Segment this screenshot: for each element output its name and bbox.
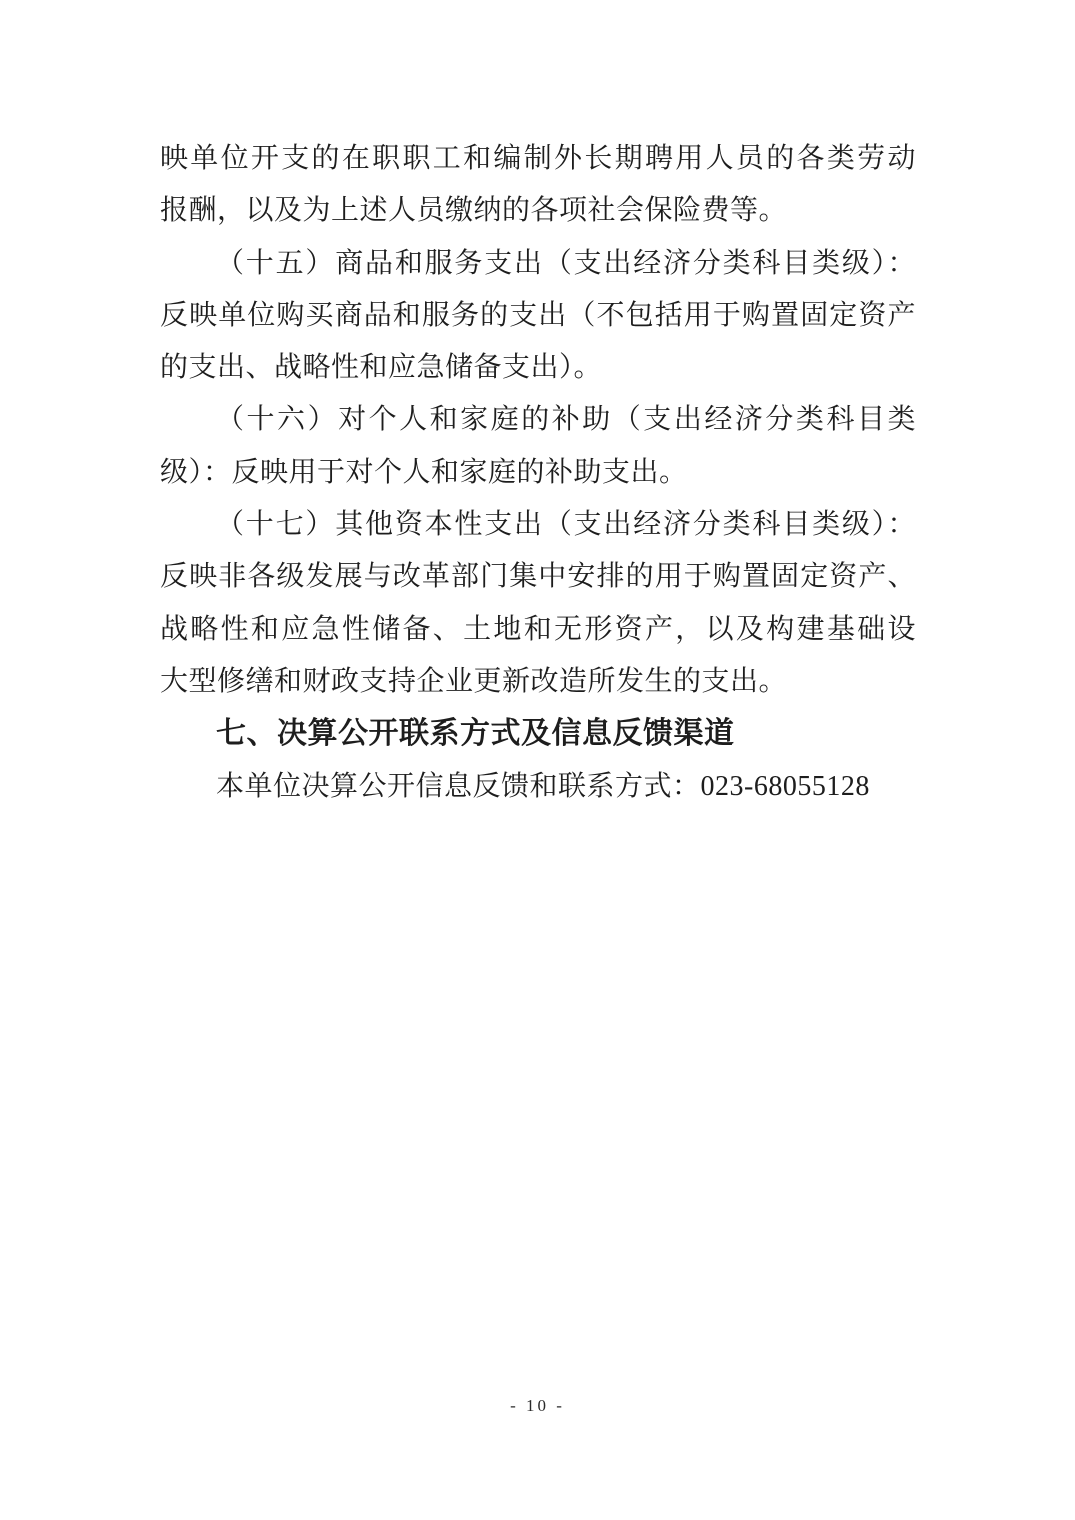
contact-line: 本单位决算公开信息反馈和联系方式：023-68055128	[160, 761, 916, 813]
document-page: 映单位开支的在职职工和编制外长期聘用人员的各类劳动 报酬，以及为上述人员缴纳的各…	[0, 0, 1075, 1520]
paragraph-line: 映单位开支的在职职工和编制外长期聘用人员的各类劳动	[160, 133, 916, 185]
paragraph-line: 级）：反映用于对个人和家庭的补助支出。	[160, 447, 916, 499]
paragraph-line: 大型修缮和财政支持企业更新改造所发生的支出。	[160, 656, 916, 708]
page-footer: - 10 -	[0, 1396, 1075, 1416]
page-number: - 10 -	[510, 1396, 565, 1415]
document-body: 映单位开支的在职职工和编制外长期聘用人员的各类劳动 报酬，以及为上述人员缴纳的各…	[160, 133, 916, 813]
paragraph-line: 反映非各级发展与改革部门集中安排的用于购置固定资产、	[160, 551, 916, 603]
paragraph-line: （十六）对个人和家庭的补助（支出经济分类科目类	[160, 394, 916, 446]
paragraph-line: 战略性和应急性储备、土地和无形资产，以及构建基础设施、	[160, 604, 916, 656]
section-heading: 七、决算公开联系方式及信息反馈渠道	[160, 708, 916, 760]
paragraph-line: 反映单位购买商品和服务的支出（不包括用于购置固定资产	[160, 290, 916, 342]
paragraph-line: （十五）商品和服务支出（支出经济分类科目类级）：	[160, 238, 916, 290]
paragraph-line: 的支出、战略性和应急储备支出）。	[160, 342, 916, 394]
paragraph-line: （十七）其他资本性支出（支出经济分类科目类级）：	[160, 499, 916, 551]
paragraph-line: 报酬，以及为上述人员缴纳的各项社会保险费等。	[160, 185, 916, 237]
